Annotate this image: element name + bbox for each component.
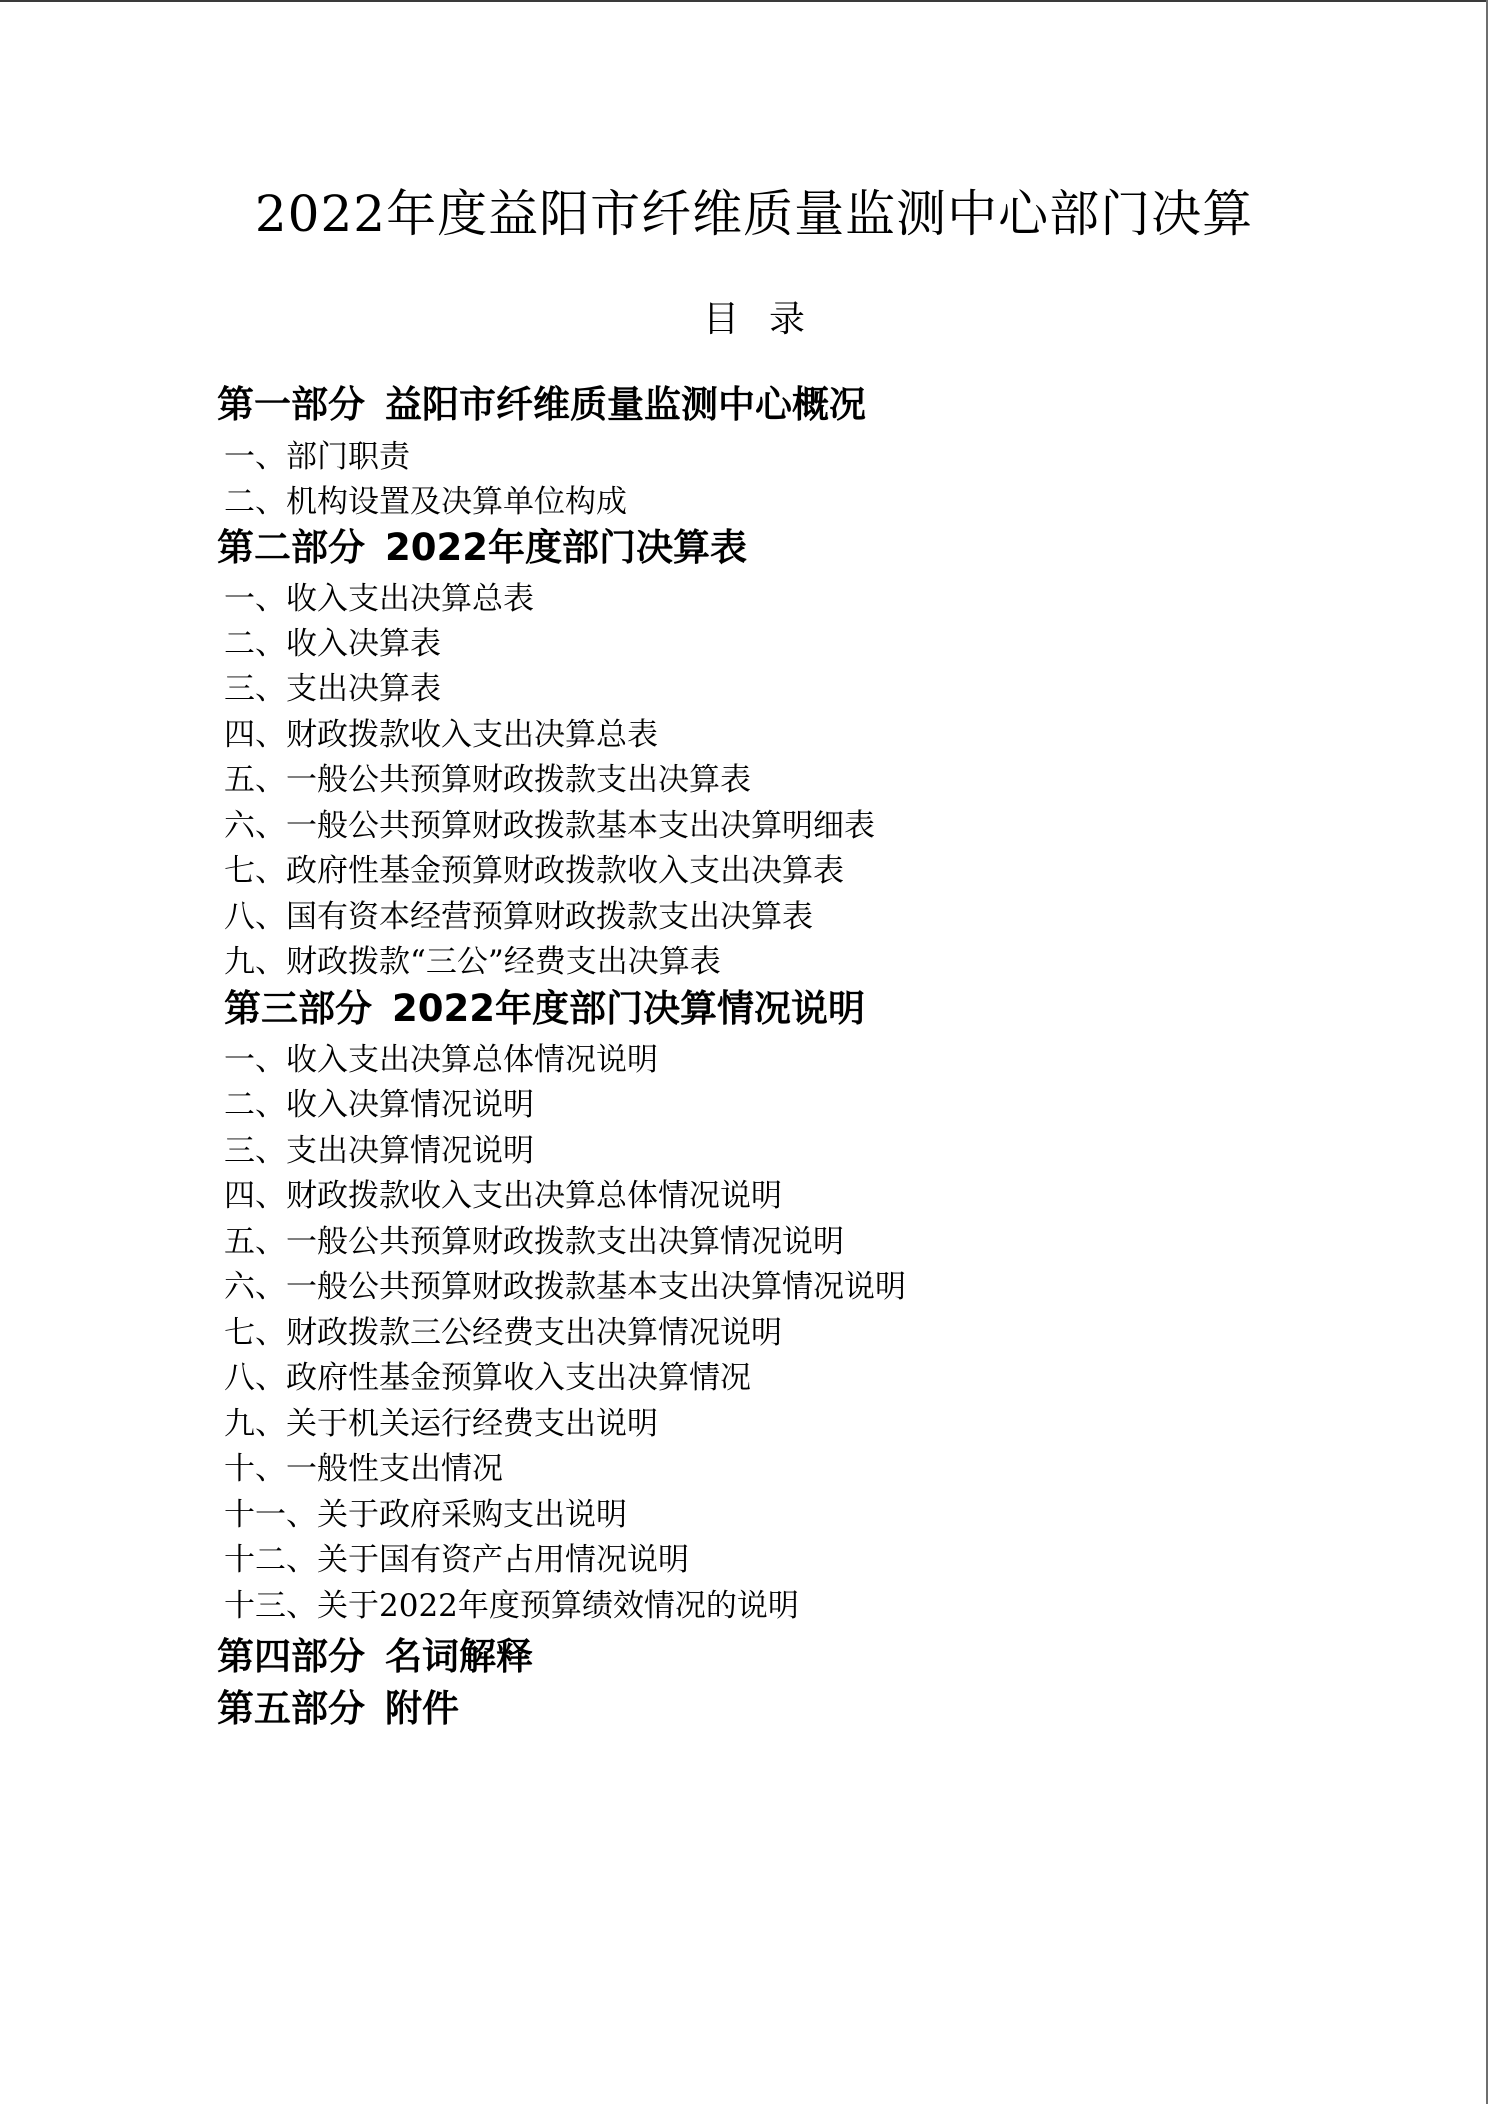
toc-item[interactable]: 九、关于机关运行经费支出说明 [224, 1404, 658, 1444]
toc-item[interactable]: 二、机构设置及决算单位构成 [224, 482, 627, 522]
part-title: 益阳市纤维质量监测中心概况 [385, 383, 866, 426]
page-top-border [0, 0, 1488, 2]
part-number: 第一部分 [217, 383, 365, 426]
part-number: 第二部分 [217, 526, 365, 569]
toc-part-5[interactable]: 第五部分附件 [217, 1686, 459, 1732]
toc-item[interactable]: 七、政府性基金预算财政拨款收入支出决算表 [224, 851, 844, 891]
part-title: 2022年度部门决算情况说明 [392, 987, 865, 1030]
part-title: 附件 [385, 1687, 459, 1730]
toc-item[interactable]: 六、一般公共预算财政拨款基本支出决算明细表 [224, 806, 875, 846]
part-number: 第三部分 [224, 987, 372, 1030]
toc-item[interactable]: 七、财政拨款三公经费支出决算情况说明 [224, 1313, 782, 1353]
toc-item[interactable]: 六、一般公共预算财政拨款基本支出决算情况说明 [224, 1267, 906, 1307]
part-number: 第四部分 [217, 1635, 365, 1678]
toc-item[interactable]: 四、财政拨款收入支出决算总体情况说明 [224, 1176, 782, 1216]
part-title: 名词解释 [385, 1635, 533, 1678]
toc-item[interactable]: 九、财政拨款“三公”经费支出决算表 [224, 942, 721, 982]
toc-heading: 目录 [0, 298, 1488, 342]
toc-item[interactable]: 十三、关于2022年度预算绩效情况的说明 [224, 1586, 799, 1626]
toc-part-1[interactable]: 第一部分益阳市纤维质量监测中心概况 [217, 382, 866, 428]
toc-item[interactable]: 八、政府性基金预算收入支出决算情况 [224, 1358, 751, 1398]
toc-heading-char-1: 目 [703, 299, 739, 340]
part-number: 第五部分 [217, 1687, 365, 1730]
toc-item[interactable]: 一、收入支出决算总表 [224, 579, 534, 619]
toc-item[interactable]: 三、支出决算情况说明 [224, 1131, 534, 1171]
toc-item[interactable]: 五、一般公共预算财政拨款支出决算情况说明 [224, 1222, 844, 1262]
toc-part-2[interactable]: 第二部分2022年度部门决算表 [217, 525, 747, 571]
toc-item[interactable]: 四、财政拨款收入支出决算总表 [224, 715, 658, 755]
toc-item[interactable]: 二、收入决算表 [224, 624, 441, 664]
document-title: 2022年度益阳市纤维质量监测中心部门决算 [0, 184, 1488, 244]
toc-heading-char-2: 录 [769, 299, 805, 340]
toc-item[interactable]: 十一、关于政府采购支出说明 [224, 1495, 627, 1535]
toc-part-4[interactable]: 第四部分名词解释 [217, 1634, 533, 1680]
toc-item[interactable]: 一、部门职责 [224, 437, 410, 477]
toc-item[interactable]: 一、收入支出决算总体情况说明 [224, 1040, 658, 1080]
part-title: 2022年度部门决算表 [385, 526, 747, 569]
toc-item[interactable]: 十二、关于国有资产占用情况说明 [224, 1540, 689, 1580]
toc-item[interactable]: 三、支出决算表 [224, 669, 441, 709]
toc-item[interactable]: 十、一般性支出情况 [224, 1449, 503, 1489]
toc-item[interactable]: 五、一般公共预算财政拨款支出决算表 [224, 760, 751, 800]
toc-item[interactable]: 二、收入决算情况说明 [224, 1085, 534, 1125]
toc-item[interactable]: 八、国有资本经营预算财政拨款支出决算表 [224, 897, 813, 937]
toc-part-3[interactable]: 第三部分2022年度部门决算情况说明 [224, 986, 865, 1032]
